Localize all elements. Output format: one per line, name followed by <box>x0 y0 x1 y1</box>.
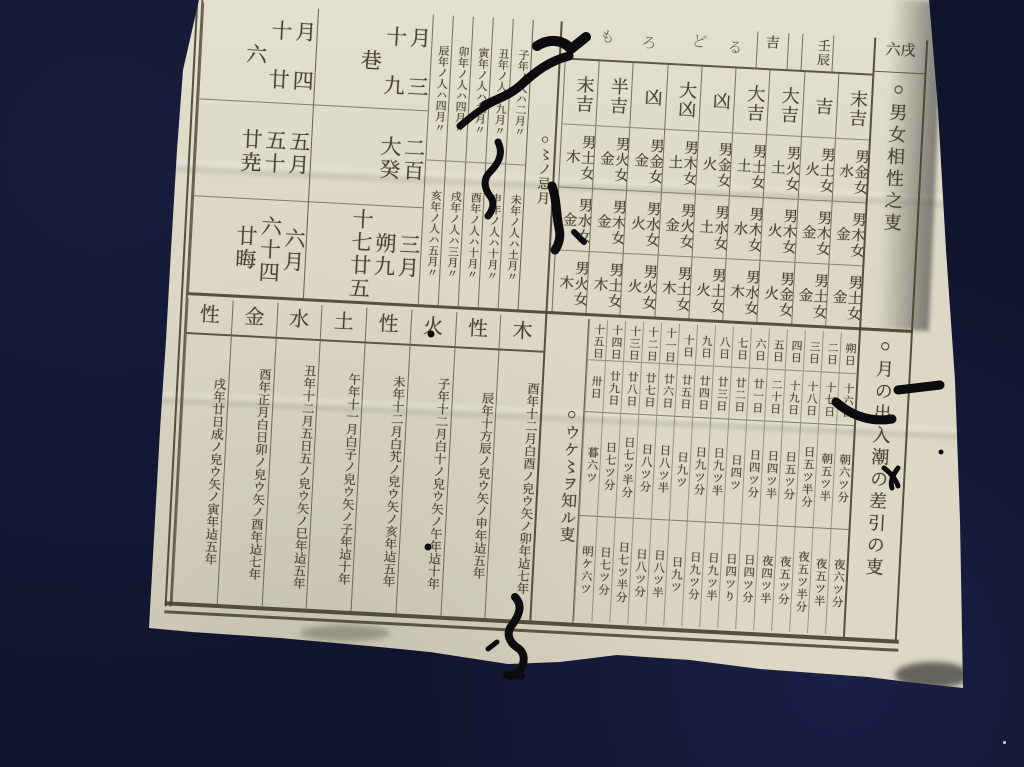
element-header: 性 <box>186 298 232 334</box>
tide-day-cell: 十四日 <box>605 320 625 361</box>
pair-cell: 男土女土 <box>729 133 766 197</box>
rating-cell: 吉 <box>801 72 839 138</box>
pair-cell: 男金女火 <box>757 261 794 325</box>
tide-title: ○月の出入潮の差引の叓 <box>860 335 899 580</box>
tide-table: 朔日二日三日四日五日六日七日八日九日十日十一日十二日十三日十四日十五日 十六日十… <box>573 319 859 637</box>
compat-title-box: ○男女相性之叓 <box>861 72 924 330</box>
pair-cell: 男木女金 <box>828 202 865 266</box>
pair-cell: 男土女金 <box>825 265 862 329</box>
pair-cell: 男木女火 <box>760 198 797 262</box>
month-day-table: 月 三十 九巷二百 大癸三月 朔九 十七廿五 月 四十 廿六五月 五十 廿尭六月… <box>188 2 433 304</box>
tide-day-cell: 八日 <box>713 326 733 367</box>
rating-cell: 凶 <box>698 67 736 133</box>
rating-cell: 半吉 <box>596 61 634 127</box>
element-header: 水 <box>275 303 321 339</box>
tide-time-row-1: 朝六ツ分朝五ツ半日五ツ半分日五ツ分日四ツ半日四ツ分日四ツ日九ツ半日九ツ分日九ツ日… <box>579 411 854 529</box>
tide-day-cell: 朔日 <box>839 332 859 373</box>
pair-cell: 男木女金 <box>794 200 831 264</box>
month-column-right: 月 三十 九巷二百 大癸三月 朔九 十七廿五 <box>303 9 433 305</box>
pair-cell: 男土女金 <box>791 263 828 327</box>
tide-day-cell: 十三日 <box>623 321 643 362</box>
cursive-fragment: も <box>598 25 616 48</box>
pair-cell: 男火女金 <box>657 193 694 257</box>
tide-day-cell: 十一日 <box>659 323 679 364</box>
tide-day-cell: 五日 <box>767 329 787 370</box>
tide-time-row-2: 夜六ツ分夜五ツ半夜五ツ半分夜五ツ分夜四ツ半日四ツ分日四ツり日九ツ半日九ツ分日九ツ… <box>573 515 848 635</box>
cursive-fragment: ど <box>690 29 708 52</box>
element-header: 木 <box>499 314 545 350</box>
rating-cell: 凶 <box>630 63 668 129</box>
month-entry: 二百 大癸 <box>309 104 428 207</box>
month-entry: 月 三十 九巷 <box>314 9 433 111</box>
compatibility-table: 末吉吉大吉大吉凶大凶凶半吉末吉 男金女水男土女火男火女土男土女土男金女火男木女土… <box>552 57 873 327</box>
remnant-cell-kichi: 吉 <box>756 32 790 70</box>
rating-cell: 大吉 <box>766 70 804 136</box>
month-entry: 三月 朔九 十七廿五 <box>304 201 423 304</box>
ink-dot <box>517 672 525 680</box>
rating-cell: 末吉 <box>561 59 599 125</box>
tide-day-cell: 六日 <box>749 328 769 369</box>
element-nature-table: 木性火性土水金性 酉年十二月白酉ノ皃ウ矢ノ卯年迠七年辰年十方辰ノ皃ウ矢ノ申年迠五… <box>172 298 545 620</box>
zodiac-row-1: 子年ノ人ハ二月〃丑年ノ人ハ九月〃寅年ノ人ハ九月〃卯年ノ人ハ四月〃辰年ノ人ハ四月〃 <box>425 15 532 165</box>
pair-cell: 男火女火 <box>620 254 657 318</box>
pair-cell: 男金女水 <box>831 139 868 203</box>
compatibility-title: ○男女相性之叓 <box>878 78 912 235</box>
pair-cell: 男火女金 <box>592 126 629 190</box>
pair-cell: 男水女木 <box>722 259 759 323</box>
tide-day-cell: 十日 <box>677 324 697 365</box>
almanac-paper-sheet: 月 三十 九巷二百 大癸三月 朔九 十七廿五 月 四十 廿六五月 五十 廿尭六月… <box>0 0 1024 767</box>
cursive-fragment: ろ <box>640 31 658 54</box>
pair-cell: 男金女金 <box>626 128 663 192</box>
pair-cell: 男火女土 <box>763 135 800 199</box>
pair-cell: 男土女木 <box>654 256 691 320</box>
photo-stage: 月 三十 九巷二百 大癸三月 朔九 十七廿五 月 四十 廿六五月 五十 廿尭六月… <box>0 0 1024 767</box>
fabric-speck <box>1003 741 1006 744</box>
pair-cell: 男水女火 <box>623 191 660 255</box>
pair-cell: 男土女木 <box>586 252 623 316</box>
element-header: 土 <box>320 305 366 341</box>
corner-cell: 六戌 <box>875 38 927 75</box>
pair-cell: 男木女金 <box>589 189 626 253</box>
element-body-row: 酉年十二月白酉ノ皃ウ矢ノ卯年迠七年辰年十方辰ノ皃ウ矢ノ申年迠五年子年十二月白十ノ… <box>172 332 544 620</box>
rating-cell: 大吉 <box>732 68 770 134</box>
tide-day-cell: 四日 <box>785 329 805 370</box>
tide-day-cell: 三日 <box>803 330 823 371</box>
zodiac-month-table: 子年ノ人ハ二月〃丑年ノ人ハ九月〃寅年ノ人ハ九月〃卯年ノ人ハ四月〃辰年ノ人ハ四月〃… <box>418 15 533 310</box>
pair-cell: 男土女火 <box>797 137 834 201</box>
pair-cell: 男金女火 <box>695 132 732 196</box>
element-header: 性 <box>365 307 411 343</box>
tide-day-cell: 十五日 <box>587 319 607 360</box>
element-header: 火 <box>409 310 455 346</box>
pair-cell: 男土女火 <box>688 257 725 321</box>
pair-cell: 男木女土 <box>661 130 698 194</box>
pair-cell: 男木女水 <box>726 196 763 260</box>
pair-cell: 男水女金 <box>555 187 592 251</box>
pair-cell: 男火女木 <box>551 250 588 314</box>
tide-day-cell: 二日 <box>821 331 841 372</box>
rating-cell: 末吉 <box>835 74 873 140</box>
rating-cell: 大凶 <box>664 65 702 131</box>
cursive-fragment: る <box>726 35 744 58</box>
tide-day-cell: 七日 <box>731 327 751 368</box>
tide-day-cell: 九日 <box>695 325 715 366</box>
element-header: 性 <box>454 312 500 348</box>
month-entry: 月 四十 廿六 <box>199 3 318 105</box>
month-entry: 六月 六十四 廿晦 <box>189 195 308 298</box>
zodiac-row-2: 未年ノ人ハ土月〃申年ノ人ハ十月〃酉年ノ人ハ十月〃戌年ノ人ハ三月〃亥年ノ人ハ五月〃 <box>418 159 525 309</box>
month-column-left: 月 四十 廿六五月 五十 廿尭六月 六十四 廿晦 <box>188 2 318 298</box>
month-entry: 五月 五十 廿尭 <box>194 98 313 201</box>
printed-content: 月 三十 九巷二百 大癸三月 朔九 十七廿五 月 四十 廿六五月 五十 廿尭六月… <box>129 0 1004 705</box>
tide-day-cell: 十二日 <box>641 322 661 363</box>
remnant-cell-jinshin: 壬辰 <box>801 34 835 72</box>
element-header: 金 <box>231 300 277 336</box>
pair-cell: 男土女木 <box>558 124 595 188</box>
pair-cell: 男水女土 <box>691 194 728 258</box>
